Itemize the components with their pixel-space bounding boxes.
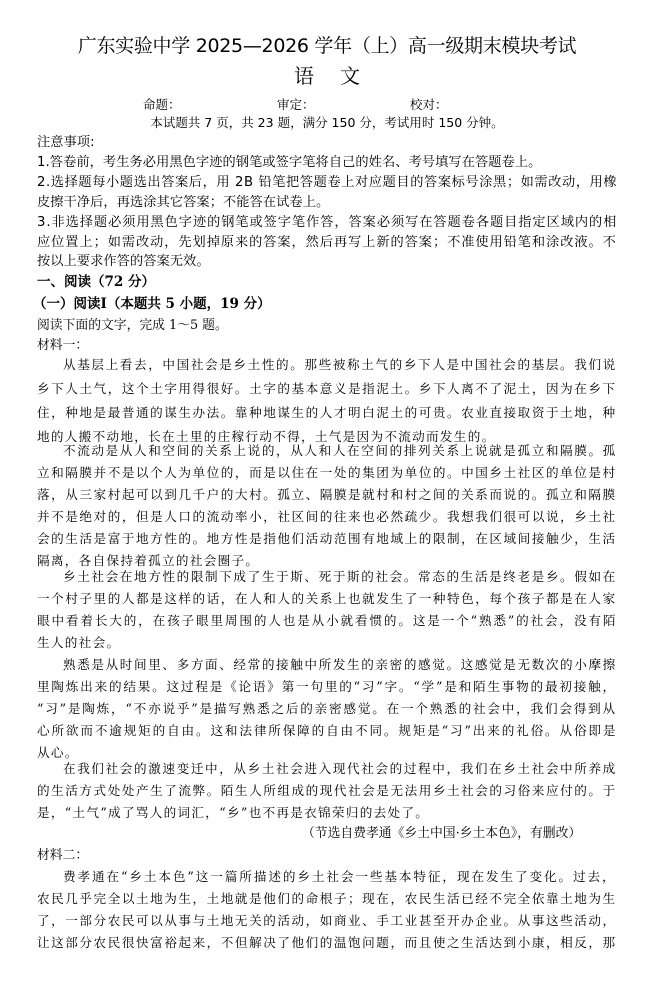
paragraph-line: 乡土社会在地方性的限制下成了生于斯、死于斯的社会。常态的生活是终老是乡。假如在: [63, 566, 617, 585]
paragraph-line: 在我们社会的激速变迁中，从乡土社会进入现代社会的过程中，我们在乡土社会中所养成: [63, 758, 617, 777]
paragraph-line: 会的生活是富于地方性的。地方性是指他们活动范围有地域上的限制，在区域间接触少，生…: [37, 528, 617, 547]
paragraph-line: 是，“土气”成了骂人的词汇，“乡”也不再是衣锦荣归的去处了。: [37, 802, 429, 821]
note-line: 1.答卷前，考生务必用黑色字迹的钢笔或签字笔将自己的姓名、考号填写在答题卷上。: [37, 151, 541, 170]
reading-instruction: 阅读下面的文字，完成 1～5 题。: [37, 314, 228, 333]
paragraph-line: 不流动是从人和空间的关系上说的，从人和人在空间的排列关系上说就是孤立和隔膜。孤: [63, 440, 617, 459]
paragraph-line: 了，一部分农民可以从事与土地无关的活动，如商业、手工业甚至开办企业。从事这些活动…: [37, 910, 617, 929]
paragraph-line: “习”是陶炼，“不亦说乎”是描写熟悉之后的亲密感觉。在一个熟悉的社会中，我们会得…: [37, 698, 617, 717]
note-line: 应位置上；如需改动，先划掉原来的答案，然后再写上新的答案；不准使用铅笔和涂改液。…: [37, 231, 617, 250]
paragraph-line: 农民几乎完全以土地为生，土地就是他们的命根子；现在，农民生活已经不完全依靠土地为…: [37, 888, 617, 907]
paragraph-line: 乡下人土气，这个土字用得很好。土字的基本意义是指泥土。乡下人离不了泥土，因为在乡…: [37, 378, 617, 397]
paragraph-line: 心所欲而不逾规矩的自由。这和法律所保障的自由不同。规矩是“习”出来的礼俗。从俗即…: [37, 720, 617, 739]
paragraph-line: 住，种地是最普通的谋生办法。靠种地谋生的人才明白泥土的可贵。农业直接取资于土地，…: [37, 402, 617, 421]
paragraph-line: 的生活方式处处产生了流弊。陌生人所组成的现代社会是无法用乡土社会的习俗来应付的。…: [37, 780, 617, 799]
section-subheading: （一）阅读Ⅰ（本题共 5 小题，19 分）: [33, 292, 271, 312]
paragraph-line: 一个村子里的人都是这样的话，在人和人的关系上也就发生了一种特色，每个孩子都是在人…: [37, 588, 617, 607]
paragraph-line: 费孝通在“乡土本色”这一篇所描述的乡土社会一些基本特征，现在发生了变化。过去，: [63, 866, 617, 885]
material1-source: （节选自费孝通《乡土中国·乡土本色》，有删改）: [302, 822, 581, 841]
paragraph-line: 落，从三家村起可以到几千户的大村。孤立、隔膜是就村和村之间的关系而说的。孤立和隔…: [37, 484, 617, 503]
paragraph-line: 生人的社会。: [37, 632, 120, 651]
notes-heading: 注意事项:: [37, 131, 95, 150]
note-line: 按以上要求作答的答案无效。: [37, 250, 210, 269]
paragraph-line: 里陶炼出来的结果。这过程是《论语》第一句里的“习”字。“学”是和陌生事物的最初接…: [37, 676, 617, 695]
exam-title: 广东实验中学 2025—2026 学年（上）高一级期末模块考试: [0, 31, 654, 58]
paragraph-line: 从基层上看去，中国社会是乡土性的。那些被称土气的乡下人是中国社会的基层。我们说: [63, 354, 617, 373]
note-line: 2.选择题每小题选出答案后，用 2B 铅笔把答题卷上对应题目的答案标号涂黑；如需…: [37, 171, 617, 190]
paragraph-line: 让这部分农民很快富裕起来，不但解决了他们的温饱问题，而且使之生活达到小康，相反，…: [37, 932, 617, 951]
section-heading: 一、阅读（72 分）: [37, 270, 155, 290]
exam-page: 广东实验中学 2025—2026 学年（上）高一级期末模块考试 语文 命题： 审…: [0, 0, 654, 1003]
paragraph-line: 并不是绝对的，但是人口的流动率小，社区间的往来也必然疏少。我想我们很可以说，乡土…: [37, 506, 617, 525]
note-line: 皮擦干净后，再选涂其它答案；不能答在试卷上。: [37, 191, 329, 210]
reviewer-label: 审定：: [277, 95, 315, 113]
paragraph-line: 熟悉是从时间里、多方面、经常的接触中所发生的亲密的感觉。这感觉是无数次的小摩擦: [63, 654, 617, 673]
note-line: 3.非选择题必须用黑色字迹的钢笔或签字笔作答，答案必须写在答题卷各题目指定区域内…: [37, 211, 617, 230]
exam-info: 本试题共 7 页，共 23 题，满分 150 分，考试用时 150 分钟。: [0, 113, 654, 131]
material2-label: 材料二：: [37, 844, 88, 863]
material1-label: 材料一：: [37, 334, 88, 353]
subject-title: 语文: [0, 60, 654, 89]
paragraph-line: 眼中看着长大的，在孩子眼里周围的人也是从小就看惯的。这是一个“熟悉”的社会，没有…: [37, 610, 617, 629]
proofreader-label: 校对：: [410, 95, 448, 113]
proposer-label: 命题：: [143, 95, 181, 113]
paragraph-line: 立和隔膜并不是以个人为单位的，而是以住在一处的集团为单位的。中国乡土社区的单位是…: [37, 462, 617, 481]
